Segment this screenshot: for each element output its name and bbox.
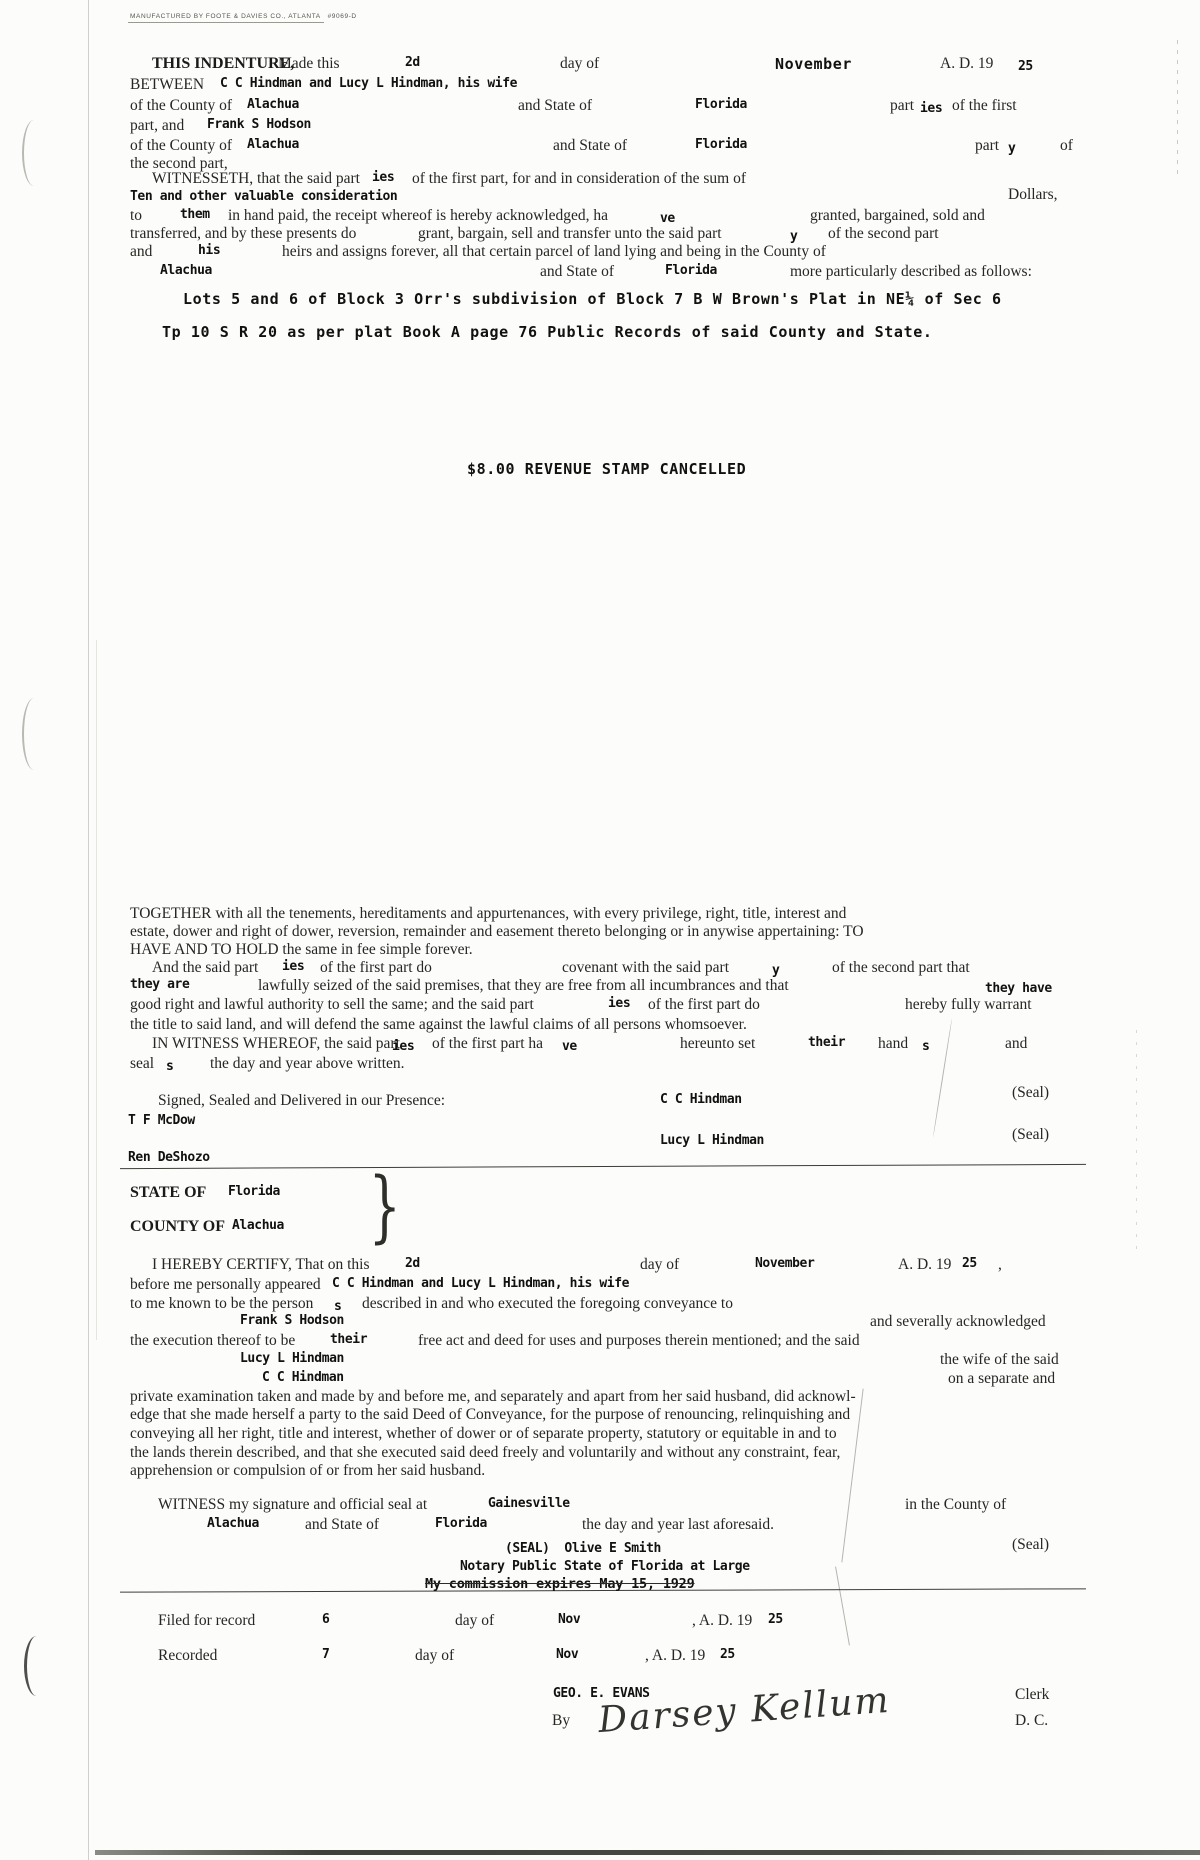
deed-year-fill: 25 — [1018, 59, 1033, 74]
filed-month-fill: Nov — [558, 1612, 580, 1627]
doc-line: the execution thereof to betheirfree act… — [0, 1332, 1200, 1352]
form-text: lawfully seized of the said premises, th… — [258, 977, 789, 995]
doc-line: Tp 10 S R 20 as per plat Book A page 76 … — [0, 323, 1200, 343]
grantor-names: C C Hindman and Lucy L Hindman, his wife — [220, 76, 517, 91]
form-text: on a separate and — [948, 1370, 1055, 1388]
form-text: Made this — [278, 55, 340, 73]
form-text: more particularly described as follows: — [790, 263, 1032, 281]
form-text: covenant with the said part — [562, 959, 729, 977]
form-text: , A. D. 19 — [692, 1612, 752, 1630]
county-of-label: COUNTY OF — [130, 1218, 225, 1236]
typed-fill: s — [334, 1299, 341, 1314]
form-text: TOGETHER with all the tenements, heredit… — [130, 905, 846, 923]
indenture-heading: THIS INDENTURE, — [152, 55, 294, 73]
property-state: Florida — [665, 263, 717, 278]
doc-line: sealsthe day and year above written. — [0, 1055, 1200, 1075]
deputy-clerk-label: D. C. — [1015, 1712, 1048, 1730]
legal-description-2: Tp 10 S R 20 as per plat Book A page 76 … — [162, 323, 932, 341]
form-text: part — [975, 137, 999, 155]
form-text: the day and year above written. — [210, 1055, 405, 1073]
legal-description-1: Lots 5 and 6 of Block 3 Orr's subdivisio… — [183, 290, 1002, 308]
typed-fill: they have — [985, 981, 1052, 996]
doc-line: I HEREBY CERTIFY, That on this2dday ofNo… — [0, 1256, 1200, 1276]
form-text: good right and lawful authority to sell … — [130, 996, 534, 1014]
form-text: in the County of — [905, 1496, 1006, 1514]
form-text: and State of — [518, 97, 592, 115]
form-text: seal — [130, 1055, 154, 1073]
recorded-year-fill: 25 — [720, 1647, 735, 1662]
form-text: the wife of the said — [940, 1351, 1059, 1369]
certify-month-fill: November — [755, 1256, 814, 1271]
grantee-state: Florida — [695, 137, 747, 152]
form-text: edge that she made herself a party to th… — [130, 1406, 850, 1424]
typed-fill: s — [166, 1059, 173, 1074]
form-text: hereunto set — [680, 1035, 755, 1053]
doc-line: STATE OFFlorida — [0, 1184, 1200, 1204]
form-text: of the County of — [130, 137, 232, 155]
certify-year-fill: 25 — [962, 1256, 977, 1271]
filed-day-fill: 6 — [322, 1612, 329, 1627]
doc-line: Lots 5 and 6 of Block 3 Orr's subdivisio… — [0, 290, 1200, 310]
form-text: before me personally appeared — [130, 1276, 321, 1294]
grantee-name: Frank S Hodson — [207, 117, 311, 132]
typed-fill: their — [808, 1035, 845, 1050]
doc-line: part, andFrank S Hodson — [0, 117, 1200, 137]
form-text: to me known to be the person — [130, 1295, 313, 1313]
form-text: Filed for record — [158, 1612, 255, 1630]
form-text: the day and year last aforesaid. — [582, 1516, 774, 1534]
typed-fill: ve — [660, 211, 675, 226]
doc-line: Alachuaand State ofFloridathe day and ye… — [0, 1516, 1200, 1536]
form-text: and State of — [553, 137, 627, 155]
typed-fill: ies — [372, 170, 394, 185]
typed-fill: ies — [282, 959, 304, 974]
form-text: hand — [878, 1035, 908, 1053]
form-text: of the first part do — [648, 996, 760, 1014]
typed-fill: y — [790, 229, 797, 244]
scan-bottom-edge — [95, 1850, 1200, 1855]
form-text: of the first part ha — [432, 1035, 543, 1053]
deed-month-fill: November — [775, 55, 852, 73]
doc-line: Filed for record6day ofNov, A. D. 1925 — [0, 1612, 1200, 1632]
doc-line: they arelawfully seized of the said prem… — [0, 977, 1200, 997]
doc-line: THIS INDENTURE,Made this2dday ofNovember… — [0, 55, 1200, 75]
doc-line: apprehension or compulsion of or from he… — [0, 1462, 1200, 1482]
form-text: of the first part do — [320, 959, 432, 977]
form-text: private examination taken and made by an… — [130, 1388, 856, 1406]
wife-name: Lucy L Hindman — [240, 1351, 344, 1366]
doc-line: HAVE AND TO HOLD the same in fee simple … — [0, 941, 1200, 961]
doc-line: edge that she made herself a party to th… — [0, 1406, 1200, 1426]
form-text: to — [130, 207, 142, 225]
typed-fill: ies — [920, 101, 942, 116]
doc-line: Darsey Kellum — [0, 1690, 1200, 1710]
doc-line: of the County ofAlachuaand State ofFlori… — [0, 97, 1200, 117]
doc-line: to me known to be the personsdescribed i… — [0, 1295, 1200, 1315]
state-of-fill: Florida — [228, 1184, 280, 1199]
doc-line: private examination taken and made by an… — [0, 1388, 1200, 1408]
form-text: described in and who executed the forego… — [362, 1295, 733, 1313]
form-text: part — [890, 97, 914, 115]
grantor-signature-2: Lucy L Hindman — [660, 1133, 764, 1148]
form-text: I HEREBY CERTIFY, That on this — [152, 1256, 370, 1274]
form-text: , — [998, 1256, 1002, 1274]
form-text: conveying all her right, title and inter… — [130, 1425, 837, 1443]
doc-line: estate, dower and right of dower, revers… — [0, 923, 1200, 943]
form-text: day of — [640, 1256, 679, 1274]
doc-line: BETWEENC C Hindman and Lucy L Hindman, h… — [0, 76, 1200, 96]
recorded-month-fill: Nov — [556, 1647, 578, 1662]
recorded-day-fill: 7 — [322, 1647, 329, 1662]
property-county: Alachua — [160, 263, 212, 278]
doc-line: tothemin hand paid, the receipt whereof … — [0, 207, 1200, 227]
form-text: Signed, Sealed and Delivered in our Pres… — [158, 1092, 445, 1110]
doc-line: of the County ofAlachuaand State ofFlori… — [0, 137, 1200, 157]
doc-line: Alachuaand State ofFloridamore particula… — [0, 263, 1200, 283]
form-text: of — [1060, 137, 1073, 155]
binder-mark-middle — [22, 698, 46, 770]
county-of-fill: Alachua — [232, 1218, 284, 1233]
doc-line: Recorded7day ofNov, A. D. 1925 — [0, 1647, 1200, 1667]
form-text: of the second part that — [832, 959, 970, 977]
notary-title: Notary Public State of Florida at Large — [460, 1559, 750, 1574]
form-text: of the County of — [130, 97, 232, 115]
form-text: in hand paid, the receipt whereof is her… — [228, 207, 608, 225]
deed-day-fill: 2d — [405, 55, 420, 70]
typed-fill: y — [1008, 141, 1015, 156]
revenue-stamp-note: $8.00 REVENUE STAMP CANCELLED — [467, 460, 746, 478]
form-text: and — [1005, 1035, 1027, 1053]
doc-line: C C Hindmanon a separate and — [0, 1370, 1200, 1390]
doc-line: COUNTY OFAlachua — [0, 1218, 1200, 1238]
form-text: granted, bargained, sold and — [810, 207, 985, 225]
form-text: heirs and assigns forever, all that cert… — [282, 243, 826, 261]
form-text: the title to said land, and will defend … — [130, 1016, 747, 1034]
doc-line: Ten and other valuable consideration — [0, 189, 1200, 209]
form-text: of the second part — [828, 225, 939, 243]
notary-name: (SEAL) Olive E Smith — [505, 1541, 661, 1556]
doc-line: Frank S Hodsonand severally acknowledged — [0, 1313, 1200, 1333]
doc-line: Lucy L Hindmanthe wife of the said — [0, 1351, 1200, 1371]
form-text: Recorded — [158, 1647, 217, 1665]
form-text: , A. D. 19 — [645, 1647, 705, 1665]
doc-line: IN WITNESS WHEREOF, the said partiesof t… — [0, 1035, 1200, 1055]
form-text: And the said part — [152, 959, 258, 977]
form-text: apprehension or compulsion of or from he… — [130, 1462, 485, 1480]
doc-line: before me personally appearedC C Hindman… — [0, 1276, 1200, 1296]
form-text: HAVE AND TO HOLD the same in fee simple … — [130, 941, 473, 959]
husband-name: C C Hindman — [262, 1370, 344, 1385]
doc-line: transferred, and by these presents dogra… — [0, 225, 1200, 245]
doc-line: good right and lawful authority to sell … — [0, 996, 1200, 1016]
form-text: the execution thereof to be — [130, 1332, 295, 1350]
doc-line: TOGETHER with all the tenements, heredit… — [0, 905, 1200, 925]
form-text: transferred, and by these presents do — [130, 225, 356, 243]
doc-line: the title to said land, and will defend … — [0, 1016, 1200, 1036]
form-manufacturer-label: MANUFACTURED BY FOOTE & DAVIES CO., ATLA… — [130, 13, 357, 20]
witness-state-fill: Florida — [435, 1516, 487, 1531]
form-text: the lands therein described, and that sh… — [130, 1444, 840, 1462]
grantor-county: Alachua — [247, 97, 299, 112]
filed-year-fill: 25 — [768, 1612, 783, 1627]
form-text: and — [130, 243, 152, 261]
doc-line: Signed, Sealed and Delivered in our Pres… — [0, 1092, 1200, 1112]
certify-day-fill: 2d — [405, 1256, 420, 1271]
form-manufacturer-rule — [128, 22, 324, 23]
state-of-label: STATE OF — [130, 1184, 206, 1202]
form-text: day of — [560, 55, 599, 73]
form-text: IN WITNESS WHEREOF, the said part — [152, 1035, 400, 1053]
witness-county-fill: Alachua — [207, 1516, 259, 1531]
form-text: WITNESS my signature and official seal a… — [158, 1496, 427, 1514]
doc-line: My commission expires May 15, 1929 — [0, 1576, 1200, 1596]
typed-fill: their — [330, 1332, 367, 1347]
witness-city-fill: Gainesville — [488, 1496, 570, 1511]
grantee-county: Alachua — [247, 137, 299, 152]
doc-line: And the said partiesof the first part do… — [0, 959, 1200, 979]
typed-fill: his — [198, 243, 220, 258]
form-text: and State of — [540, 263, 614, 281]
form-text: A. D. 19 — [940, 55, 993, 73]
grantor-signature-1: C C Hindman — [660, 1092, 742, 1107]
deed-page: MANUFACTURED BY FOOTE & DAVIES CO., ATLA… — [0, 0, 1200, 1860]
appeared-names: C C Hindman and Lucy L Hindman, his wife — [332, 1276, 629, 1291]
form-text: BETWEEN — [130, 76, 204, 94]
typed-fill: them — [180, 207, 210, 222]
form-text: of the first — [952, 97, 1017, 115]
form-text: and State of — [305, 1516, 379, 1534]
form-text: day of — [455, 1612, 494, 1630]
typed-fill: ve — [562, 1039, 577, 1054]
notary-commission: My commission expires May 15, 1929 — [425, 1576, 695, 1592]
doc-line: (SEAL) Olive E Smith — [0, 1541, 1200, 1561]
form-text: grant, bargain, sell and transfer unto t… — [418, 225, 722, 243]
typed-fill: they are — [130, 977, 189, 992]
doc-line: Ren DeShozo — [0, 1150, 1200, 1170]
doc-line: conveying all her right, title and inter… — [0, 1425, 1200, 1445]
witness-signature-2: Ren DeShozo — [128, 1150, 210, 1165]
conveyance-to-name: Frank S Hodson — [240, 1313, 344, 1328]
form-text: A. D. 19 — [898, 1256, 951, 1274]
typed-fill: ies — [608, 996, 630, 1011]
form-text: part, and — [130, 117, 184, 135]
doc-line: WITNESS my signature and official seal a… — [0, 1496, 1200, 1516]
doc-line: the lands therein described, and that sh… — [0, 1444, 1200, 1464]
form-text: and severally acknowledged — [870, 1313, 1046, 1331]
form-text: hereby fully warrant — [905, 996, 1032, 1014]
consideration-fill: Ten and other valuable consideration — [130, 189, 397, 204]
typed-fill: y — [772, 963, 779, 978]
typed-fill: ies — [392, 1039, 414, 1054]
by-label: By — [552, 1712, 570, 1730]
doc-line: andhisheirs and assigns forever, all tha… — [0, 243, 1200, 263]
doc-line: $8.00 REVENUE STAMP CANCELLED — [0, 460, 1200, 480]
form-text: day of — [415, 1647, 454, 1665]
typed-fill: s — [922, 1039, 929, 1054]
form-text: free act and deed for uses and purposes … — [418, 1332, 860, 1350]
grantor-state: Florida — [695, 97, 747, 112]
form-text: estate, dower and right of dower, revers… — [130, 923, 864, 941]
